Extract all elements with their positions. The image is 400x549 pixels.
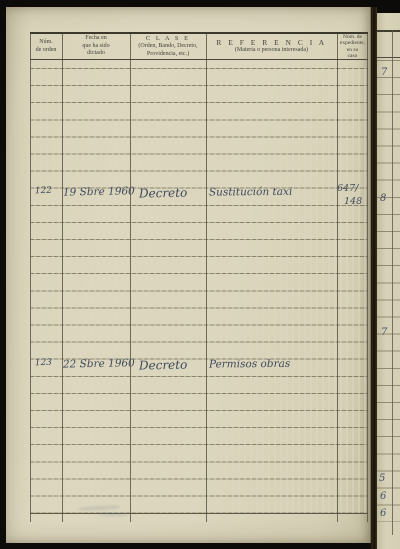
scanned-ledger-photo: Núm. de orden Fecha en que ha sido dicta… <box>0 0 400 549</box>
entry-num: 123 <box>30 357 63 380</box>
column-divider <box>130 32 131 522</box>
handwriting-fragment: 7 <box>381 327 387 338</box>
expediente-numerator: 647/ <box>337 183 358 194</box>
entry-referencia: Sustitución taxi <box>206 185 337 208</box>
table-bottom-line <box>30 513 368 514</box>
ledger-page: Núm. de orden Fecha en que ha sido dicta… <box>6 7 371 543</box>
header-text: que ha sido <box>62 43 130 51</box>
facing-page-header-line <box>377 30 400 32</box>
facing-page-edge: 7 8 7 5 6 6 <box>377 13 400 549</box>
header-cell-referencia: R E F E R E N C I A (Materia o persona i… <box>206 34 337 59</box>
handwriting-fragment: 7 <box>381 67 387 78</box>
handwriting-fragment: 6 <box>380 508 386 519</box>
entry-expediente: 647/ 148 <box>337 186 368 208</box>
table-border-left <box>30 32 31 522</box>
entry-referencia: Permisos obras <box>206 357 337 380</box>
table-row-lines <box>30 68 368 514</box>
entry-fecha: 19 Sbre 1960 <box>62 185 130 208</box>
header-cell-num-orden: Núm. de orden <box>30 34 62 59</box>
header-text: Fecha en <box>62 35 130 43</box>
column-divider <box>337 32 338 522</box>
header-text: de orden <box>30 47 62 55</box>
facing-page-header-line <box>377 57 400 58</box>
handwriting-fragment: 6 <box>380 491 386 502</box>
header-text: Núm. <box>30 39 62 47</box>
column-divider <box>62 32 63 522</box>
entry-clase: Decreto <box>130 357 206 380</box>
header-text: C L A S E <box>130 35 206 43</box>
registry-table: Núm. de orden Fecha en que ha sido dicta… <box>30 32 368 522</box>
expediente-denominator: 148 <box>344 196 362 207</box>
header-text: (Materia o persona interesada) <box>206 47 337 55</box>
facing-page-row-lines <box>377 60 400 522</box>
header-text: dictado <box>62 50 130 58</box>
header-cell-clase: C L A S E (Orden, Bando, Decreto, Provid… <box>130 34 206 59</box>
entry-num: 122 <box>30 185 63 208</box>
header-text: (Orden, Bando, Decreto, <box>130 43 206 51</box>
handwriting-fragment: 8 <box>380 193 386 204</box>
facing-page-column-line <box>392 30 393 535</box>
entry-clase: Decreto <box>130 185 206 208</box>
book-binding-gutter <box>370 7 377 549</box>
entry-expediente <box>337 358 368 380</box>
table-border-right <box>367 32 368 522</box>
table-header-row: Núm. de orden Fecha en que ha sido dicta… <box>30 32 368 60</box>
header-text: caso <box>337 53 368 59</box>
header-text: Providencia, etc.) <box>130 51 206 59</box>
handwriting-fragment: 5 <box>379 473 385 484</box>
ledger-entry-122: 122 19 Sbre 1960 Decreto Sustitución tax… <box>30 186 368 208</box>
entry-fecha: 22 Sbre 1960 <box>62 357 130 380</box>
header-cell-fecha: Fecha en que ha sido dictado <box>62 34 130 59</box>
column-divider <box>206 32 207 522</box>
ledger-entry-123: 123 22 Sbre 1960 Decreto Permisos obras <box>30 358 368 380</box>
header-cell-expediente: Núm. de expediente, en su caso <box>337 34 368 59</box>
